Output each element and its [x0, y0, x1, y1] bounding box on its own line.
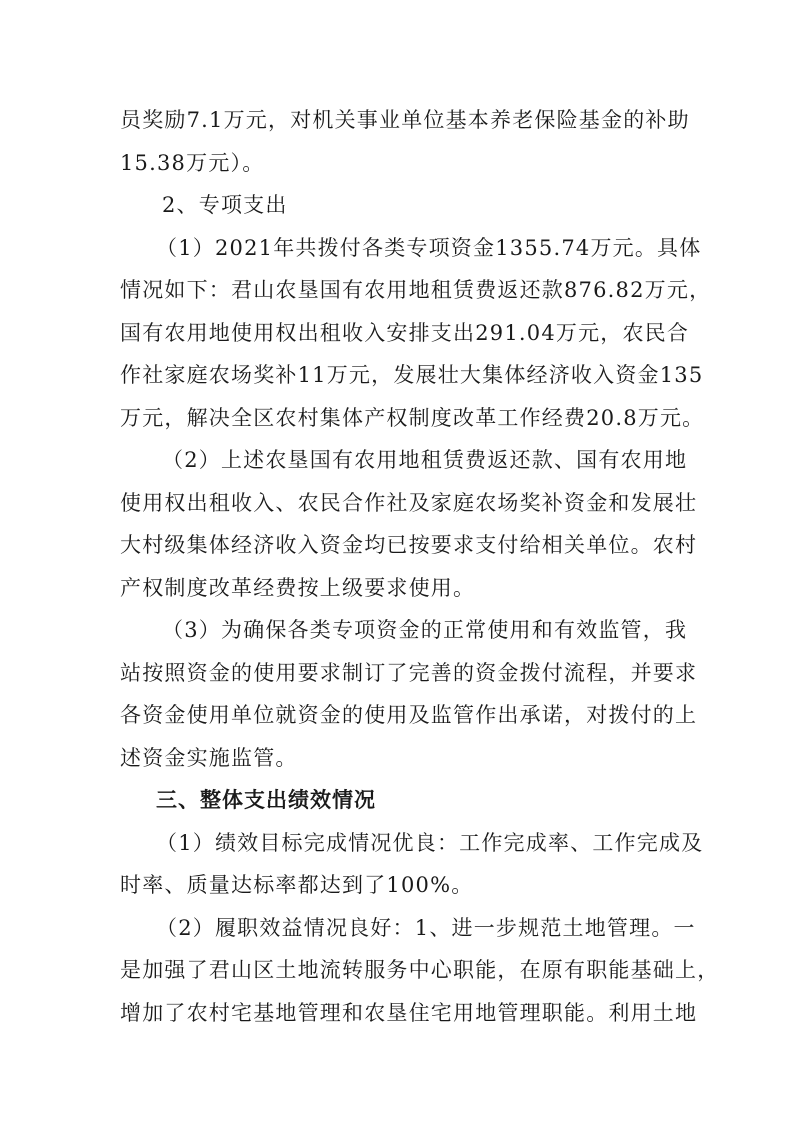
text-line: 站按照资金的使用要求制订了完善的资金拨付流程，并要求 — [120, 652, 672, 695]
text-line: 大村级集体经济收入资金均已按要求支付给相关单位。农村 — [120, 524, 672, 567]
text-line: 增加了农村宅基地管理和农垦住宅用地管理职能。利用土地 — [120, 992, 672, 1035]
document-page: 员奖励7.1万元，对机关事业单位基本养老保险基金的补助 15.38万元）。 2、… — [120, 99, 672, 1034]
text-line: 员奖励7.1万元，对机关事业单位基本养老保险基金的补助 — [120, 99, 672, 142]
text-line: （3）为确保各类专项资金的正常使用和有效监管，我 — [120, 609, 672, 652]
text-line: （1）绩效目标完成情况优良：工作完成率、工作完成及 — [120, 822, 672, 865]
text-line: 情况如下：君山农垦国有农用地租赁费返还款876.82万元， — [120, 269, 672, 312]
text-line: （2）上述农垦国有农用地租赁费返还款、国有农用地 — [120, 439, 672, 482]
text-line: 述资金实施监管。 — [120, 737, 672, 780]
text-line: （2）履职效益情况良好：1、进一步规范土地管理。一 — [120, 907, 672, 950]
text-line: （1）2021年共拨付各类专项资金1355.74万元。具体 — [120, 227, 672, 270]
text-line: 产权制度改革经费按上级要求使用。 — [120, 567, 672, 610]
text-line: 各资金使用单位就资金的使用及监管作出承诺，对拨付的上 — [120, 694, 672, 737]
text-line: 使用权出租收入、农民合作社及家庭农场奖补资金和发展壮 — [120, 482, 672, 525]
section-heading: 三、整体支出绩效情况 — [120, 779, 672, 822]
section-subheading: 2、专项支出 — [120, 184, 672, 227]
text-line: 是加强了君山区土地流转服务中心职能，在原有职能基础上， — [120, 949, 672, 992]
text-line: 作社家庭农场奖补11万元，发展壮大集体经济收入资金135 — [120, 354, 672, 397]
text-line: 万元，解决全区农村集体产权制度改革工作经费20.8万元。 — [120, 397, 672, 440]
text-line: 15.38万元）。 — [120, 142, 672, 185]
text-line: 时率、质量达标率都达到了100%。 — [120, 864, 672, 907]
text-line: 国有农用地使用权出租收入安排支出291.04万元，农民合 — [120, 312, 672, 355]
